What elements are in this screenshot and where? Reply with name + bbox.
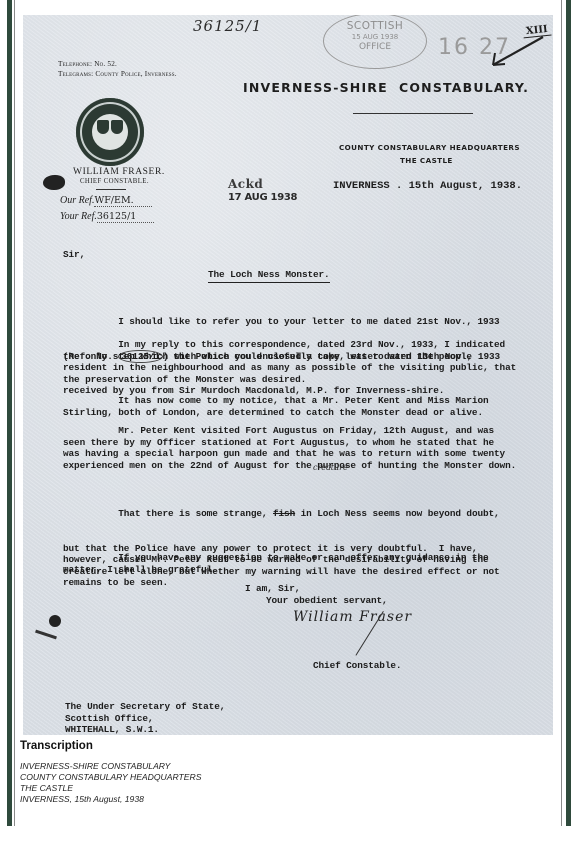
left-border-bar [7, 0, 12, 826]
recipient-address: The Under Secretary of State, Scottish O… [65, 701, 225, 735]
our-ref-value: WF/EM. [94, 195, 151, 207]
struck-word: fish [273, 508, 295, 519]
section-mark: XIII [522, 24, 551, 39]
constabulary-seal-icon [76, 98, 144, 166]
paragraph-6: If you have any suggestion to make or ca… [63, 552, 553, 575]
handwritten-insertion: creature [313, 463, 348, 472]
text-span: in Loch Ness seems now beyond doubt, [295, 508, 499, 519]
scanned-letter: 36125/1 SCOTTISH 15 AUG 1938 OFFICE 16 2… [23, 15, 553, 735]
received-stamp: SCOTTISH 15 AUG 1938 OFFICE [323, 15, 427, 69]
stamp-line-2: 15 AUG 1938 [324, 33, 426, 41]
signature: William Fraser [293, 609, 412, 625]
transcription-line: THE CASTLE [20, 783, 560, 794]
paragraph-4: Mr. Peter Kent visited Fort Augustus on … [63, 425, 553, 471]
paragraph-3: It has now come to my notice, that a Mr.… [63, 395, 553, 418]
chief-name: WILLIAM FRASER. [73, 167, 165, 177]
chief-title: CHIEF CONSTABLE. [80, 178, 149, 185]
chief-rule [96, 189, 126, 190]
telegrams-line: Telegrams: County Police, Inverness. [58, 70, 177, 80]
headquarters-line: COUNTY CONSTABULARY HEADQUARTERS [339, 143, 520, 152]
transcription-line: INVERNESS, 15th August, 1938 [20, 794, 560, 805]
contact-info: Telephone: No. 52. Telegrams: County Pol… [58, 60, 177, 79]
letterhead-title: INVERNESS-SHIRE CONSTABULARY. [243, 80, 529, 95]
transcription-line: COUNTY CONSTABULARY HEADQUARTERS [20, 772, 560, 783]
paragraph-2: In my reply to this correspondence, date… [63, 339, 553, 385]
punch-hole-mark [49, 615, 61, 627]
right-border-bar [566, 0, 571, 826]
right-border-line [561, 0, 562, 826]
tag-mark [35, 630, 57, 640]
your-ref-value: 36125/1 [97, 211, 154, 223]
text-span: That there is some strange, [63, 508, 273, 519]
stamp-line-3: OFFICE [324, 42, 426, 52]
subject-line: The Loch Ness Monster. [208, 269, 330, 283]
acknowledged-date: 17 AUG 1938 [228, 192, 297, 203]
telephone-line: Telephone: No. 52. [58, 60, 177, 70]
closing-line-2: Your obedient servant, [266, 595, 388, 607]
salutation: Sir, [63, 249, 85, 261]
paragraph-5-line-1: That there is some strange, fish in Loch… [63, 508, 553, 520]
paragraph-5: That there is some strange, fish in Loch… [63, 485, 553, 612]
your-reference: Your Ref.36125/1 [60, 211, 154, 222]
paragraph-1-line-1: I should like to refer you to your lette… [63, 316, 553, 328]
left-border-line [14, 0, 15, 826]
our-reference: Our Ref.WF/EM. [60, 195, 152, 206]
closing-line-1: I am, Sir, [245, 583, 300, 595]
our-ref-label: Our Ref. [60, 195, 94, 206]
transcription-section: Transcription INVERNESS-SHIRE CONSTABULA… [20, 740, 560, 805]
your-ref-label: Your Ref. [60, 211, 97, 222]
acknowledged-stamp: Ackd [228, 177, 263, 191]
stamp-line-1: SCOTTISH [324, 20, 426, 32]
castle-line: THE CASTLE [400, 156, 453, 165]
place-and-date: INVERNESS . 15th August, 1938. [333, 180, 522, 192]
transcription-line: INVERNESS-SHIRE CONSTABULARY [20, 761, 560, 772]
ink-blot [43, 175, 65, 190]
transcription-lines: INVERNESS-SHIRE CONSTABULARY COUNTY CONS… [20, 761, 560, 805]
letterhead-rule [353, 113, 473, 114]
signer-title: Chief Constable. [313, 660, 401, 672]
file-number: 36125/1 [193, 17, 262, 35]
transcription-heading: Transcription [20, 740, 560, 752]
